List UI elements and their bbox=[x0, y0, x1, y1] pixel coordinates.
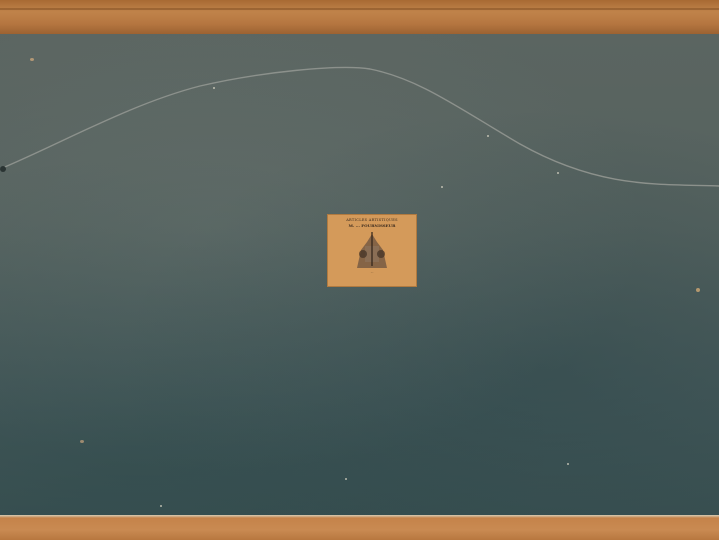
paint-speck bbox=[487, 135, 489, 137]
paint-speck bbox=[441, 186, 443, 188]
paint-speck bbox=[213, 87, 215, 89]
paint-speck bbox=[80, 440, 84, 443]
paint-speck bbox=[345, 478, 347, 480]
hanging-wire bbox=[0, 34, 719, 204]
frame-top-rail bbox=[0, 0, 719, 34]
paint-speck bbox=[30, 58, 34, 61]
makers-label: ARTICLES ARTISTIQUES M. ... FOURNISSEUR … bbox=[327, 214, 417, 287]
label-footer: ... bbox=[371, 270, 374, 274]
paint-speck bbox=[696, 288, 700, 292]
paint-speck bbox=[557, 172, 559, 174]
label-name: M. ... FOURNISSEUR bbox=[349, 223, 396, 229]
paint-speck bbox=[160, 505, 162, 507]
coat-of-arms-icon bbox=[349, 230, 395, 270]
frame-bottom-rail bbox=[0, 515, 719, 540]
paint-speck bbox=[567, 463, 569, 465]
